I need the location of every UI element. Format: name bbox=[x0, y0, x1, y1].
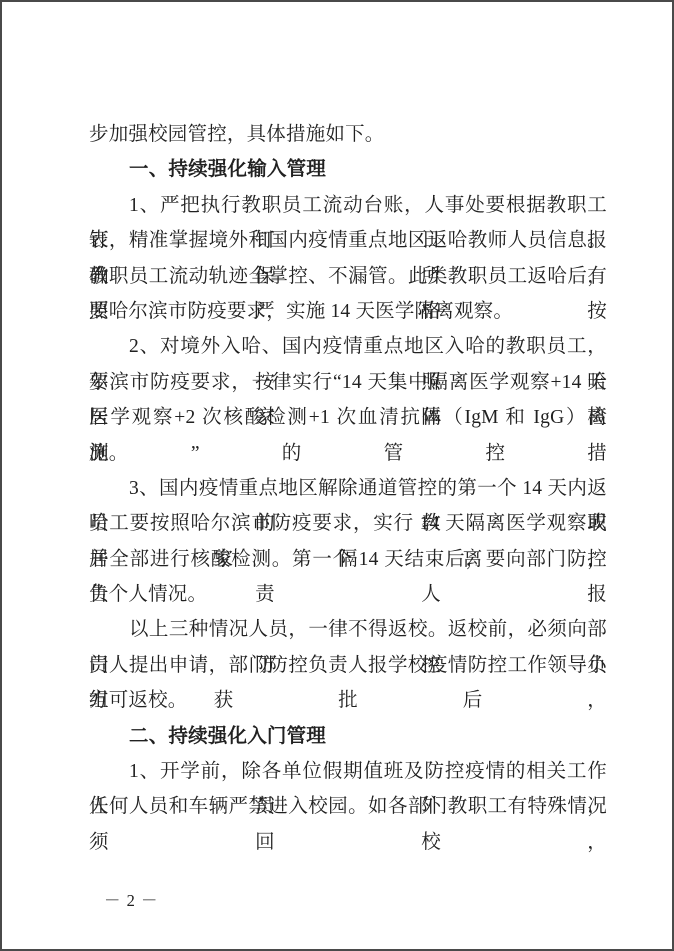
section-heading: 二、持续强化入门管理 bbox=[89, 719, 607, 754]
document-line: 3、国内疫情重点地区解除通道管控的第一个 14 天内返哈的教职 bbox=[89, 471, 607, 506]
section-heading: 一、持续强化输入管理 bbox=[89, 152, 607, 187]
document-line: 责人提出申请，部门防控负责人报学校疫情防控工作领导小组获批后， bbox=[89, 648, 607, 683]
page-number: － 2 － bbox=[104, 887, 159, 915]
document-line: 1、严把执行教职员工流动台账，人事处要根据教职工钉钉日报 bbox=[89, 188, 607, 223]
text-block: 步加强校园管控，具体措施如下。一、持续强化输入管理1、严把执行教职员工流动台账，… bbox=[89, 117, 607, 825]
document-line: 2、对境外入哈、国内疫情重点地区入哈的教职员工，要按照哈 bbox=[89, 329, 607, 364]
document-line: 以上三种情况人员，一律不得返校。返校前，必须向部门防控负 bbox=[89, 612, 607, 647]
document-line: 尔滨市防疫要求，一律实行“14 天集中隔离医学观察+14 天居家隔离 bbox=[89, 365, 607, 400]
document-line: 任何人员和车辆严禁进入校园。如各部门教职工有特殊情况须回校， bbox=[89, 789, 607, 824]
document-line: 员工要按照哈尔滨市防疫要求，实行 14 天隔离医学观察或居家隔离， bbox=[89, 506, 607, 541]
document-line: 步加强校园管控，具体措施如下。 bbox=[89, 117, 607, 152]
document-line: 并全部进行核酸检测。第一个 14 天结束后，要向部门防控负责人报 bbox=[89, 542, 607, 577]
document-page: 步加强校园管控，具体措施如下。一、持续强化输入管理1、严把执行教职员工流动台账，… bbox=[0, 0, 674, 951]
document-line: 医学观察+2 次核酸检测+1 次血清抗体（IgM 和 IgG）检测”的管控措 bbox=[89, 400, 607, 435]
document-line: 教职员工流动轨迹全掌控、不漏管。此类教职员工返哈后，要严格按 bbox=[89, 259, 607, 294]
document-line: 1、开学前，除各单位假期值班及防控疫情的相关工作人员外， bbox=[89, 754, 607, 789]
document-line: 表，精准掌握境外和国内疫情重点地区返哈教师人员信息。确保所有 bbox=[89, 223, 607, 258]
